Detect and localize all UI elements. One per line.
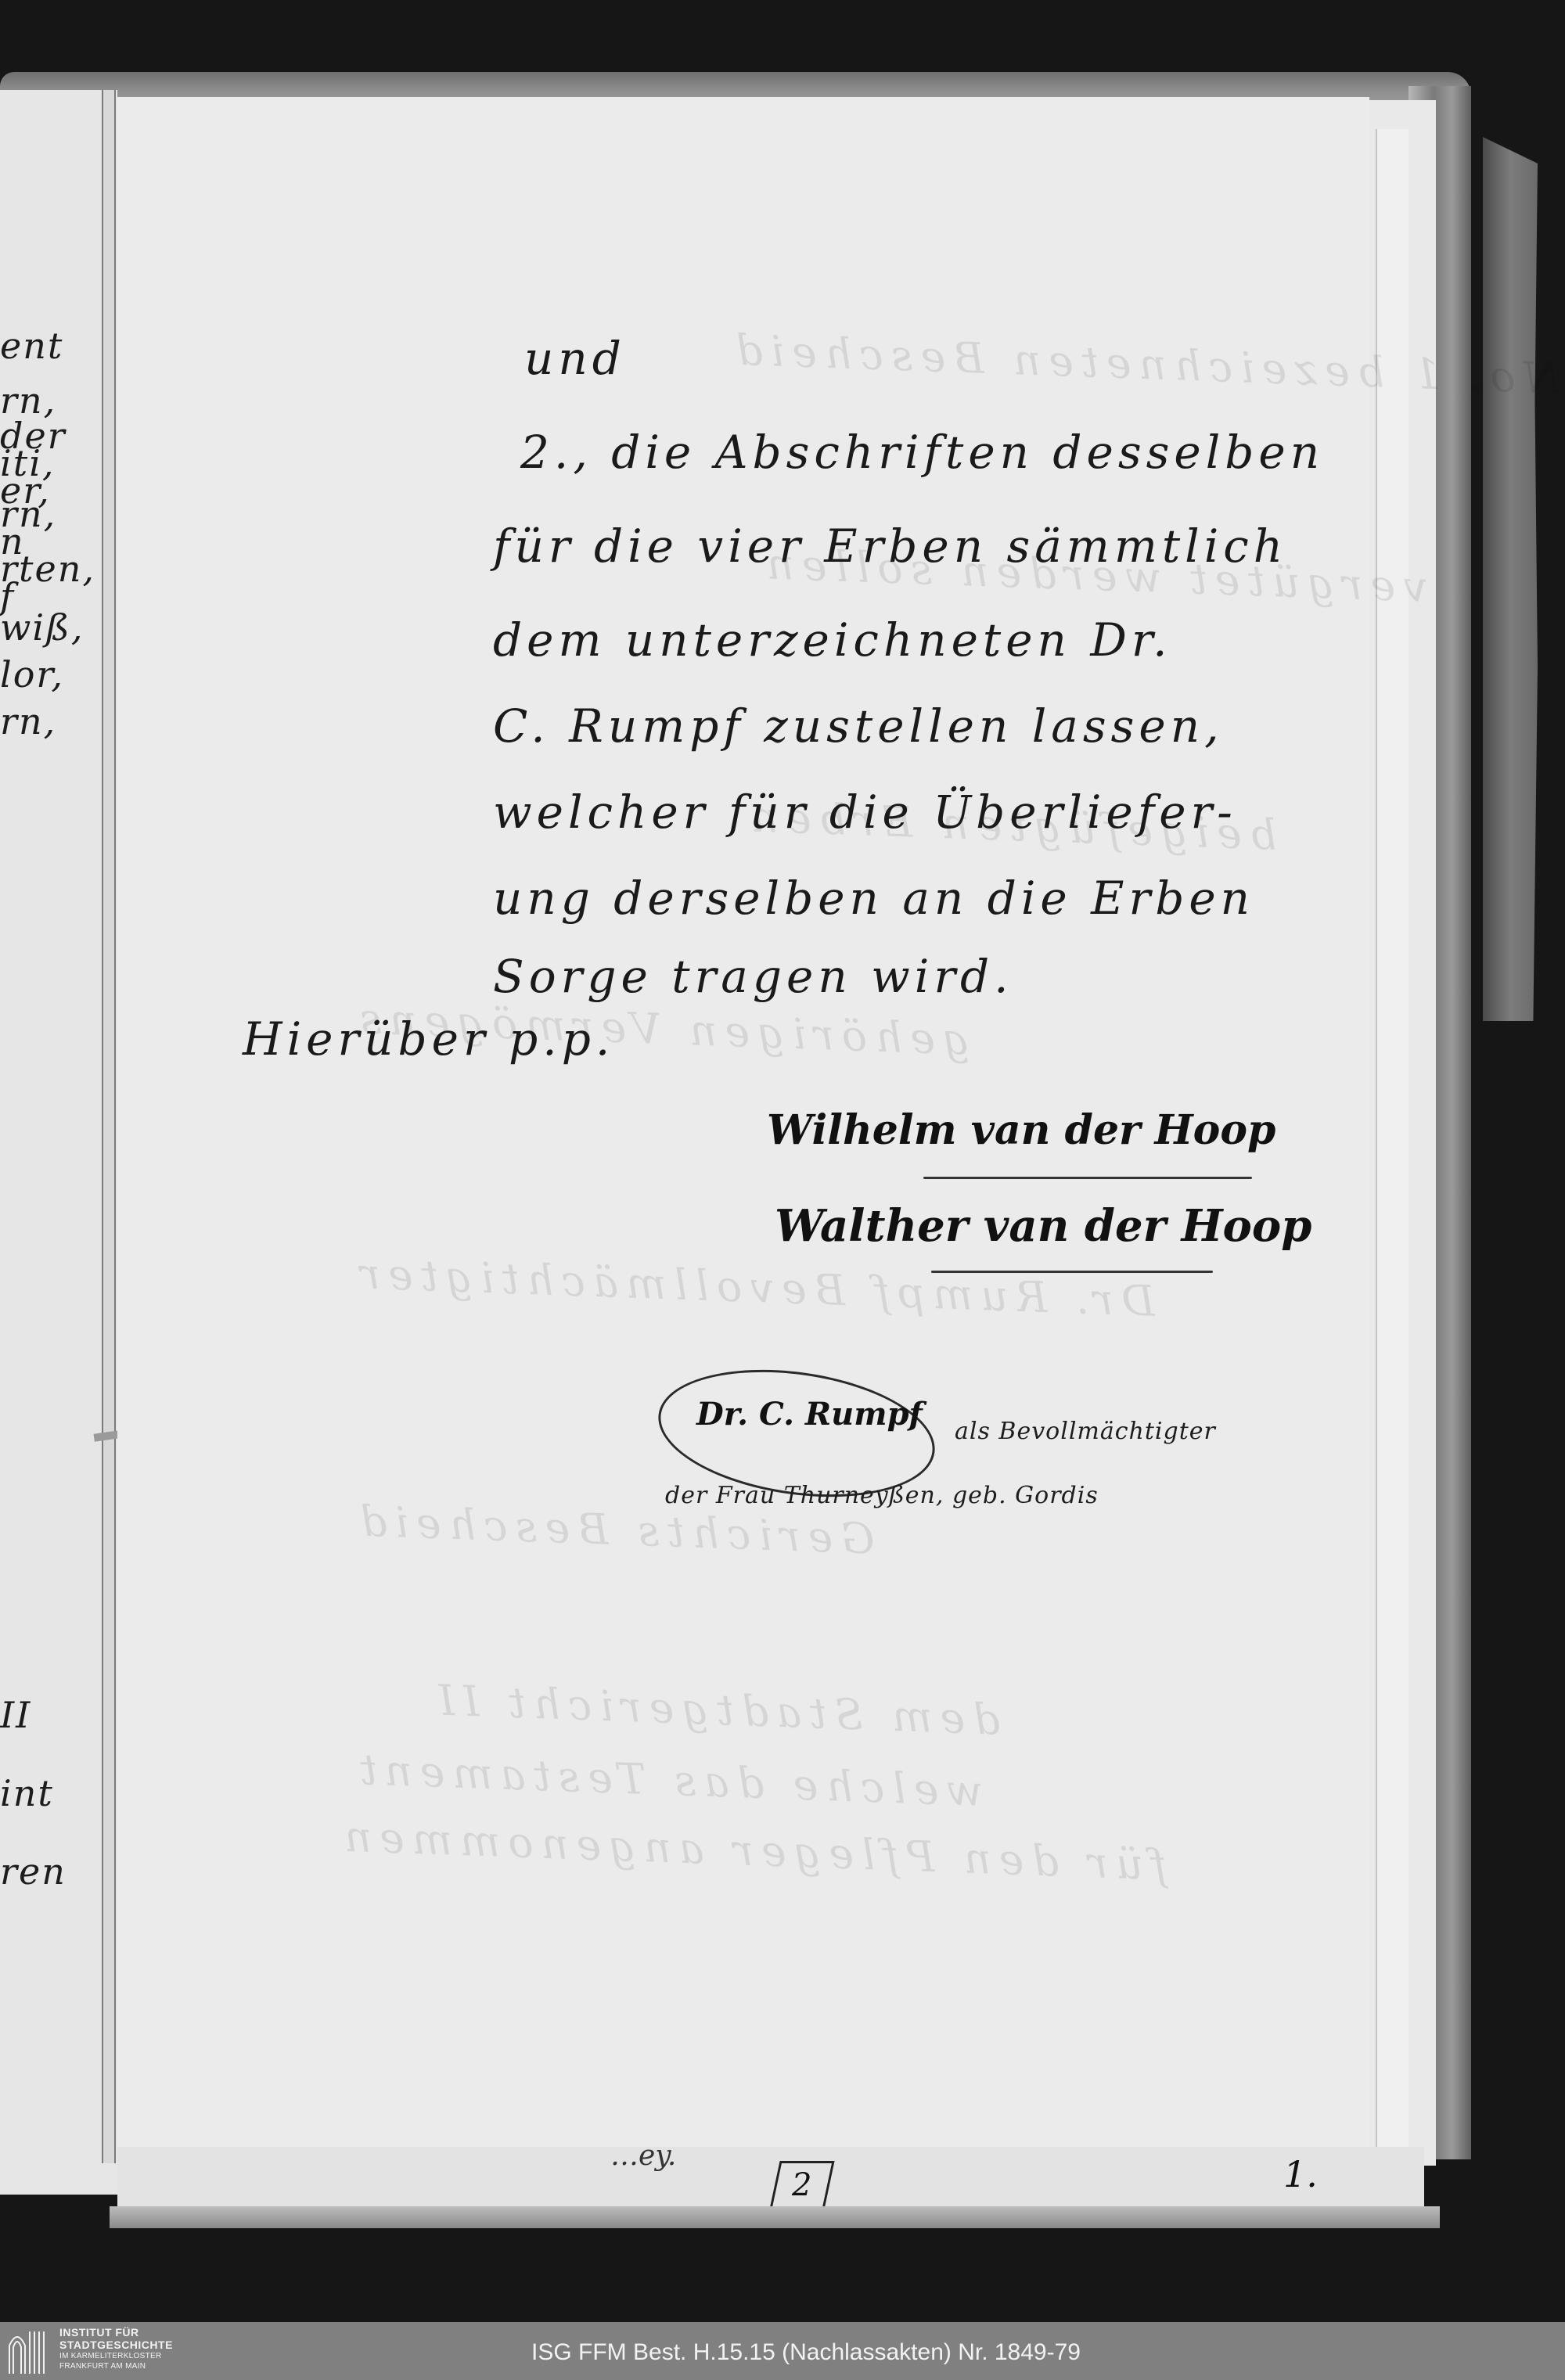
text-line: 2., die Abschriften desselben (520, 426, 1324, 479)
logo-line: INSTITUT FÜR (59, 2327, 173, 2338)
left-fragment: II (0, 1694, 31, 1736)
left-fragment: wiß, (0, 606, 84, 649)
proxy-note: als Bevollmächtigter (955, 1418, 1216, 1445)
signature-rumpf: Dr. C. Rumpf (696, 1396, 923, 1433)
left-fragment: ent (0, 325, 63, 367)
signature-wilhelm: Wilhelm van der Hoop (767, 1106, 1275, 1154)
proxy-note: der Frau Thurneyßen, geb. Gordis (665, 1482, 1099, 1509)
page-number-box: 2 (769, 2161, 834, 2209)
underlying-text-fragment: …ey. (610, 2140, 676, 2172)
torn-tab-flap (1483, 137, 1538, 1021)
bleed-through-text: für den Pfleger angenommen (336, 1812, 1167, 1890)
text-line: Sorge tragen wird. (493, 950, 1013, 1003)
page-number: 2 (792, 2167, 811, 2203)
left-fragment: int (0, 1772, 54, 1814)
bleed-through-text: Dr. Rumpf Bevollmächtigter (351, 1249, 1156, 1326)
signature-flourish (931, 1271, 1213, 1273)
binding-thread (102, 90, 116, 2163)
text-line: für die vier Erben sämmtlich (493, 520, 1287, 573)
text-line: dem unterzeichneten Dr. (493, 613, 1172, 667)
bleed-through-text: dem Stadtgericht II (430, 1675, 1001, 1744)
text-line: ung derselben an die Erben (493, 872, 1254, 925)
archive-footer: INSTITUT FÜR STADTGESCHICHTE IM KARMELIT… (0, 2322, 1565, 2380)
text-line: C. Rumpf zustellen lassen, (493, 699, 1224, 753)
text-line: Hierüber p.p. (243, 1012, 614, 1066)
text-line: und (524, 332, 626, 385)
document-scan: ent rn, der iti, er, rn, n rten, f wiß, … (0, 0, 1565, 2322)
left-fragment: lor, (0, 653, 64, 696)
folio-mark: 1. (1283, 2153, 1318, 2195)
archive-reference: ISG FFM Best. H.15.15 (Nachlassakten) Nr… (0, 2339, 1565, 2366)
left-fragment: rn, (0, 700, 56, 742)
underlying-sheet-margin (1376, 129, 1408, 2163)
text-line: welcher für die Überliefer- (493, 786, 1237, 839)
binder-bottom-edge (110, 2206, 1440, 2228)
left-facing-page: ent rn, der iti, er, rn, n rten, f wiß, … (0, 90, 117, 2195)
main-page: No. 1 bezeichneten Bescheid vergütet wer… (117, 97, 1369, 2147)
bleed-through-text: welche das Testament (351, 1745, 984, 1816)
left-fragment: ren (0, 1850, 67, 1893)
signature-flourish (923, 1177, 1252, 1179)
signature-walther: Walther van der Hoop (775, 1200, 1311, 1252)
